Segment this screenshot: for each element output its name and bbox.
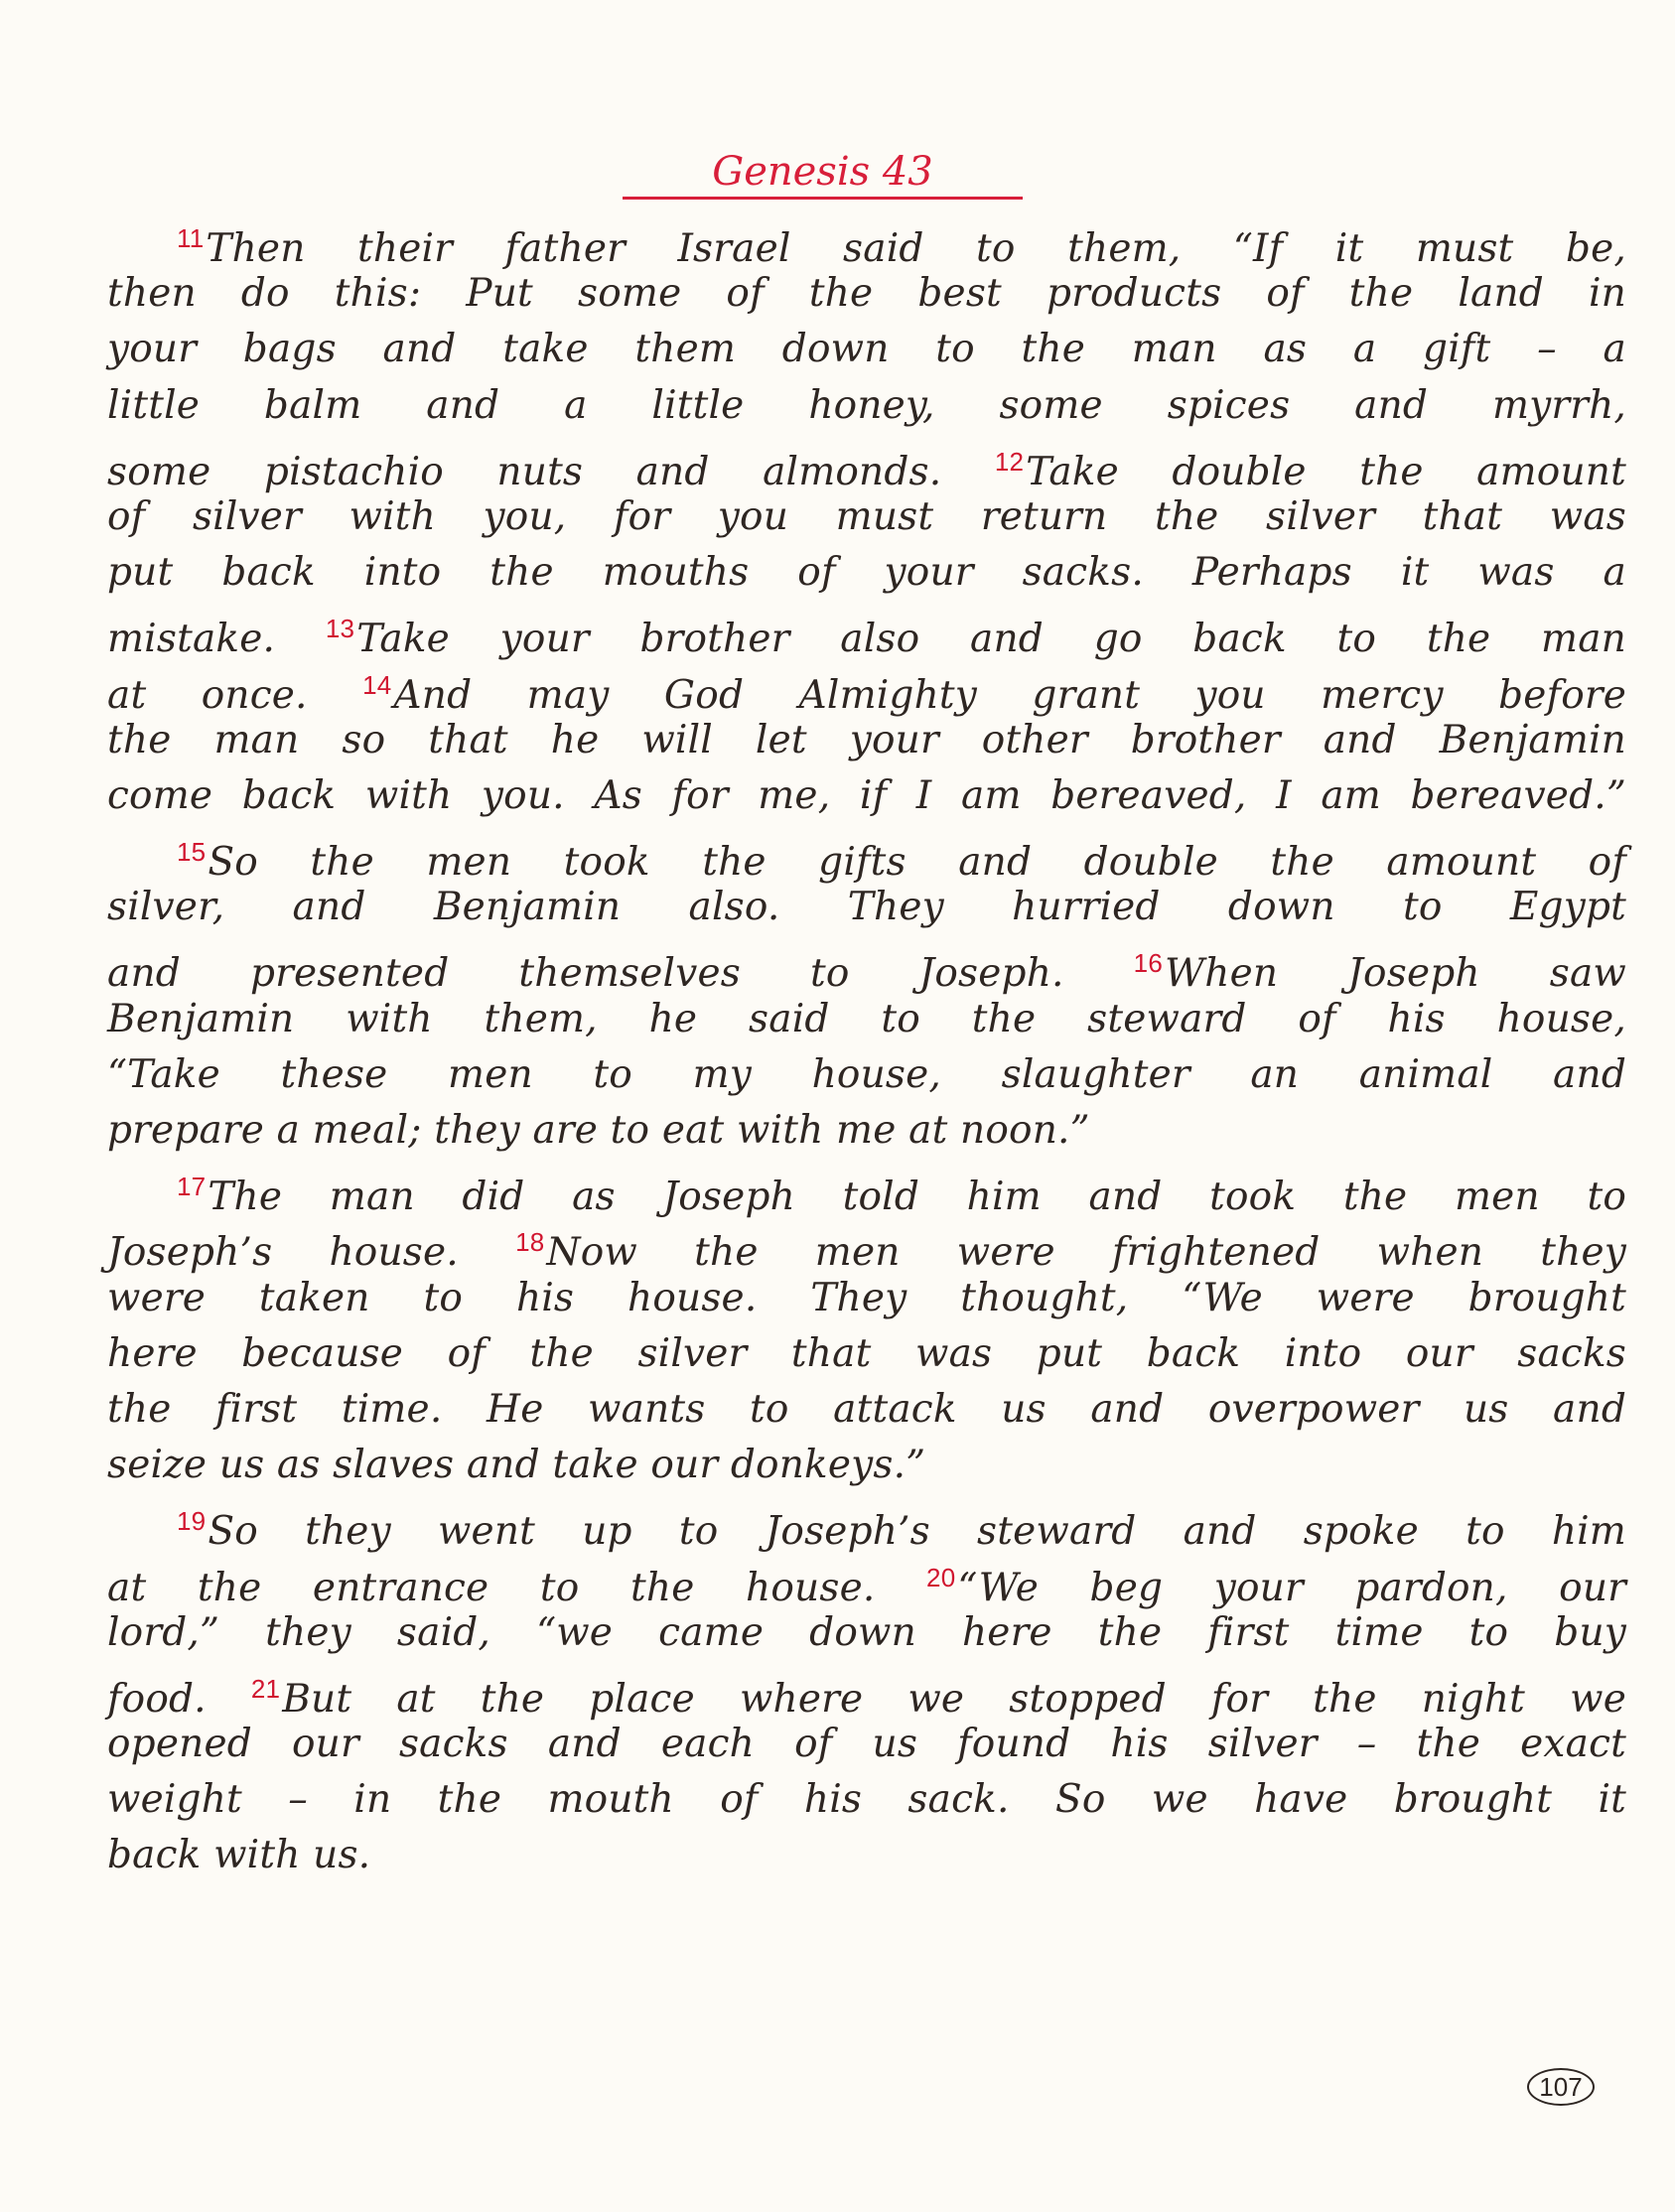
text-line: little balm and a little honey, some spi…	[107, 378, 1626, 434]
text-line: 15So the men took the gifts and double t…	[107, 824, 1626, 880]
verse-number: 13	[326, 614, 354, 643]
line-text: Take your brother also and go back to th…	[356, 617, 1626, 661]
line-text: But at the place where we stopped for th…	[282, 1677, 1626, 1722]
verse-number: 12	[995, 447, 1024, 477]
text-line: and presented themselves to Joseph. 16Wh…	[107, 935, 1626, 991]
text-line: were taken to his house. They thought, “…	[107, 1271, 1626, 1326]
text-line: opened our sacks and each of us found hi…	[107, 1717, 1626, 1772]
line-text: So the men took the gifts and double the…	[208, 840, 1626, 885]
line-text: little balm and a little honey, some spi…	[107, 383, 1626, 428]
text-line: Benjamin with them, he said to the stewa…	[107, 992, 1626, 1047]
text-line: 19So they went up to Joseph’s steward an…	[107, 1493, 1626, 1549]
page-title: Genesis 43	[623, 149, 1023, 200]
line-text: back with us.	[107, 1833, 370, 1877]
line-text: Now the men were frightened when they	[546, 1230, 1626, 1275]
text-line: food. 21But at the place where we stoppe…	[107, 1661, 1626, 1717]
line-text: the first time. He wants to attack us an…	[107, 1387, 1626, 1432]
line-text: at the entrance to the house.	[107, 1566, 875, 1610]
text-line: put back into the mouths of your sacks. …	[107, 545, 1626, 601]
line-text: weight – in the mouth of his sack. So we…	[107, 1777, 1626, 1822]
text-line: “Take these men to my house, slaughter a…	[107, 1047, 1626, 1103]
text-line: at once. 14And may God Almighty grant yo…	[107, 657, 1626, 713]
text-line: prepare a meal; they are to eat with me …	[107, 1103, 1626, 1159]
text-line: silver, and Benjamin also. They hurried …	[107, 880, 1626, 935]
line-text: Benjamin with them, he said to the stewa…	[107, 997, 1626, 1041]
line-text: of silver with you, for you must return …	[107, 494, 1626, 539]
line-text: So they went up to Joseph’s steward and …	[208, 1509, 1626, 1554]
text-line: lord,” they said, “we came down here the…	[107, 1605, 1626, 1661]
verse-number: 18	[515, 1227, 544, 1257]
line-text: silver, and Benjamin also. They hurried …	[107, 885, 1626, 929]
scripture-text: 11Then their father Israel said to them,…	[107, 210, 1626, 1884]
title-block: Genesis 43	[0, 149, 1675, 200]
verse-number: 16	[1134, 948, 1163, 978]
line-text: mistake.	[107, 617, 275, 661]
line-text: When Joseph saw	[1165, 951, 1626, 996]
text-line: Joseph’s house. 18Now the men were frigh…	[107, 1214, 1626, 1270]
line-text: And may God Almighty grant you mercy bef…	[393, 673, 1626, 718]
line-text: the man so that he will let your other b…	[107, 718, 1626, 762]
line-text: Then their father Israel said to them, “…	[206, 226, 1626, 271]
line-text: here because of the silver that was put …	[107, 1331, 1626, 1376]
line-text: “We beg your pardon, our	[957, 1566, 1626, 1610]
handwritten-page: Genesis 43 11Then their father Israel sa…	[0, 0, 1675, 2212]
text-line: back with us.	[107, 1828, 1626, 1883]
line-text: Joseph’s house.	[107, 1230, 459, 1275]
line-text: some pistachio nuts and almonds.	[107, 450, 941, 494]
line-text: Take double the amount	[1026, 450, 1626, 494]
line-text: lord,” they said, “we came down here the…	[107, 1610, 1626, 1655]
text-line: come back with you. As for me, if I am b…	[107, 768, 1626, 824]
text-line: here because of the silver that was put …	[107, 1326, 1626, 1382]
line-text: at once.	[107, 673, 308, 718]
line-text: and presented themselves to Joseph.	[107, 951, 1064, 996]
verse-number: 11	[177, 223, 204, 253]
text-line: some pistachio nuts and almonds. 12Take …	[107, 434, 1626, 489]
line-text: were taken to his house. They thought, “…	[107, 1276, 1626, 1320]
text-line: the man so that he will let your other b…	[107, 713, 1626, 768]
line-text: “Take these men to my house, slaughter a…	[107, 1052, 1626, 1097]
verse-number: 19	[177, 1506, 206, 1536]
line-text: come back with you. As for me, if I am b…	[107, 773, 1626, 818]
text-line: mistake. 13Take your brother also and go…	[107, 601, 1626, 656]
text-line: 11Then their father Israel said to them,…	[107, 210, 1626, 266]
text-line: the first time. He wants to attack us an…	[107, 1382, 1626, 1438]
line-text: put back into the mouths of your sacks. …	[107, 550, 1626, 595]
line-text: The man did as Joseph told him and took …	[208, 1175, 1626, 1219]
line-text: seize us as slaves and take our donkeys.…	[107, 1443, 925, 1487]
line-text: then do this: Put some of the best produ…	[107, 271, 1626, 316]
line-text: opened our sacks and each of us found hi…	[107, 1722, 1626, 1766]
text-line: 17The man did as Joseph told him and too…	[107, 1159, 1626, 1214]
text-line: then do this: Put some of the best produ…	[107, 266, 1626, 322]
verse-number: 20	[926, 1563, 955, 1592]
text-line: your bags and take them down to the man …	[107, 322, 1626, 377]
line-text: your bags and take them down to the man …	[107, 327, 1626, 371]
verse-number: 14	[362, 670, 391, 700]
text-line: seize us as slaves and take our donkeys.…	[107, 1438, 1626, 1493]
line-text: food.	[107, 1677, 207, 1722]
text-line: weight – in the mouth of his sack. So we…	[107, 1772, 1626, 1828]
verse-number: 21	[251, 1674, 280, 1704]
verse-number: 17	[177, 1172, 206, 1201]
text-line: of silver with you, for you must return …	[107, 489, 1626, 545]
line-text: prepare a meal; they are to eat with me …	[107, 1108, 1090, 1153]
verse-number: 15	[177, 837, 206, 867]
text-line: at the entrance to the house. 20“We beg …	[107, 1550, 1626, 1605]
page-number: 107	[1527, 2068, 1595, 2106]
